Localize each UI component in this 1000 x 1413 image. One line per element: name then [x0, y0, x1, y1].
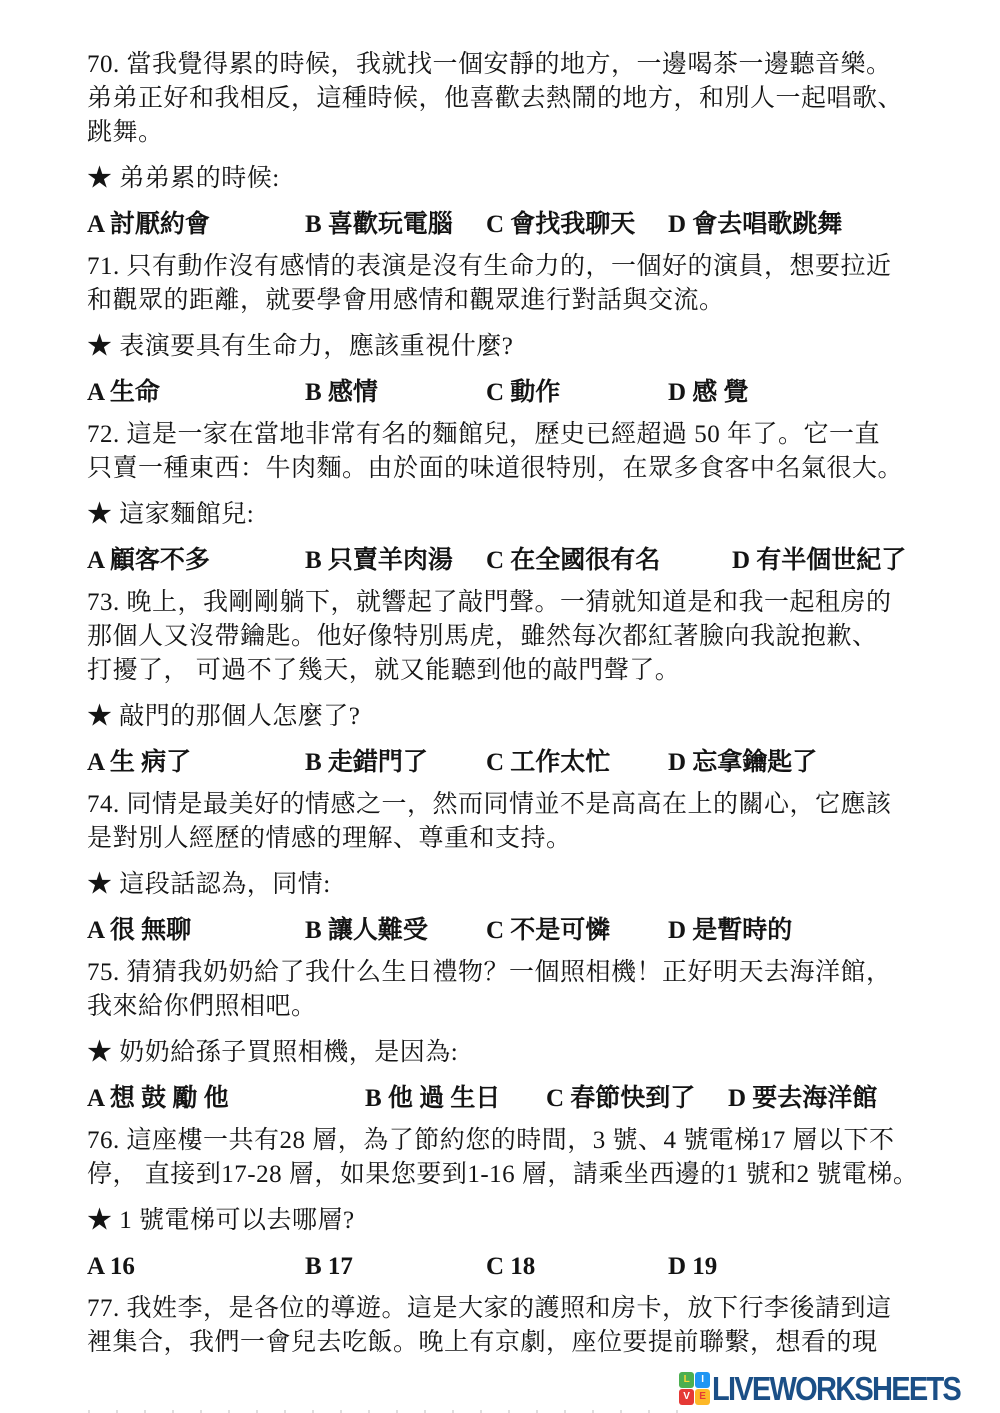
- option-c[interactable]: C 在全國很有名: [486, 544, 732, 578]
- logo-square-l: L: [679, 1372, 694, 1388]
- option-c[interactable]: C 工作太忙: [486, 746, 668, 780]
- option-d[interactable]: D 感 覺: [668, 376, 749, 410]
- question-text-line: 打擾了， 可過不了幾天，就又能聽到他的敲門聲了。: [87, 654, 961, 688]
- star-prompt: ★ 敲門的那個人怎麼了?: [87, 700, 961, 734]
- options-row: A 顧客不多 B 只賣羊肉湯 C 在全國很有名 D 有半個世紀了: [87, 544, 961, 578]
- liveworksheets-logo[interactable]: L I V E LIVEWORKSHEETS: [679, 1372, 994, 1405]
- option-d[interactable]: D 忘拿鑰匙了: [668, 746, 817, 780]
- option-c[interactable]: C 動作: [486, 376, 668, 410]
- question-text-line: 只賣一種東西：牛肉麵。由於面的味道很特別，在眾多食客中名氣很大。: [87, 452, 961, 486]
- question-text-line: 74. 同情是最美好的情感之一，然而同情並不是高高在上的關心，它應該: [87, 788, 961, 822]
- option-b[interactable]: B 讓人難受: [305, 914, 486, 948]
- option-b[interactable]: B 17: [305, 1250, 486, 1284]
- option-c[interactable]: C 不是可憐: [486, 914, 668, 948]
- star-prompt: ★ 弟弟累的時候:: [87, 162, 961, 196]
- logo-square-v: V: [679, 1389, 694, 1405]
- options-row: A 生命 B 感情 C 動作 D 感 覺: [87, 376, 961, 410]
- question-text-line: 跳舞。: [87, 116, 961, 150]
- question-text-line: 弟弟正好和我相反，這種時候，他喜歡去熱鬧的地方，和別人一起唱歌、: [87, 82, 961, 116]
- star-prompt: ★ 這家麵館兒:: [87, 498, 961, 532]
- question-text-line: 那個人又沒帶鑰匙。他好像特別馬虎，雖然每次都紅著臉向我說抱歉、: [87, 620, 961, 654]
- question-text-line: 停， 直接到17-28 層，如果您要到1-16 層，請乘坐西邊的1 號和2 號電…: [87, 1158, 961, 1192]
- option-a[interactable]: A 想 鼓 勵 他: [87, 1082, 365, 1116]
- options-row: A 想 鼓 勵 他 B 他 過 生日 C 春節快到了 D 要去海洋館: [87, 1082, 961, 1116]
- worksheet-content: 70. 當我覺得累的時候，我就找一個安靜的地方，一邊喝茶一邊聽音樂。 弟弟正好和…: [87, 48, 961, 1368]
- option-b[interactable]: B 走錯門了: [305, 746, 486, 780]
- options-row: A 16 B 17 C 18 D 19: [87, 1250, 961, 1284]
- star-prompt: ★ 表演要具有生命力，應該重視什麼?: [87, 330, 961, 364]
- option-d[interactable]: D 是暫時的: [668, 914, 792, 948]
- option-c[interactable]: C 會找我聊天: [486, 208, 668, 242]
- liveworksheets-logo-icon: L I V E: [679, 1372, 710, 1405]
- question-text-line: 和觀眾的距離，就要學會用感情和觀眾進行對話與交流。: [87, 284, 961, 318]
- logo-square-i: I: [695, 1372, 710, 1388]
- option-a[interactable]: A 很 無聊: [87, 914, 305, 948]
- option-b[interactable]: B 感情: [305, 376, 486, 410]
- option-c[interactable]: C 18: [486, 1250, 668, 1284]
- option-a[interactable]: A 顧客不多: [87, 544, 305, 578]
- question-77: 77. 我姓李，是各位的導遊。這是大家的護照和房卡，放下行李後請到這 裡集合，我…: [87, 1292, 961, 1360]
- star-prompt: ★ 奶奶給孫子買照相機，是因為:: [87, 1036, 961, 1070]
- question-text-line: 72. 這是一家在當地非常有名的麵館兒，歷史已經超過 50 年了。它一直: [87, 418, 961, 452]
- worksheet-page: 70. 當我覺得累的時候，我就找一個安靜的地方，一邊喝茶一邊聽音樂。 弟弟正好和…: [0, 0, 1000, 1413]
- star-prompt: ★ 這段話認為，同情:: [87, 868, 961, 902]
- question-74: 74. 同情是最美好的情感之一，然而同情並不是高高在上的關心，它應該 是對別人經…: [87, 788, 961, 948]
- question-text-line: 75. 猜猜我奶奶給了我什么生日禮物？一個照相機！正好明天去海洋館，: [87, 956, 961, 990]
- option-d[interactable]: D 要去海洋館: [728, 1082, 877, 1116]
- question-76: 76. 這座樓一共有28 層，為了節約您的時間，3 號、4 號電梯17 層以下不…: [87, 1124, 961, 1284]
- option-c[interactable]: C 春節快到了: [546, 1082, 728, 1116]
- question-72: 72. 這是一家在當地非常有名的麵館兒，歷史已經超過 50 年了。它一直 只賣一…: [87, 418, 961, 578]
- question-text-line: 裡集合，我們一會兒去吃飯。晚上有京劇，座位要提前聯繫，想看的現: [87, 1326, 961, 1360]
- option-d[interactable]: D 有半個世紀了: [732, 544, 906, 578]
- question-text-line: 70. 當我覺得累的時候，我就找一個安靜的地方，一邊喝茶一邊聽音樂。: [87, 48, 961, 82]
- question-text-line: 我來給你們照相吧。: [87, 990, 961, 1024]
- option-a[interactable]: A 生 病了: [87, 746, 305, 780]
- question-75: 75. 猜猜我奶奶給了我什么生日禮物？一個照相機！正好明天去海洋館， 我來給你們…: [87, 956, 961, 1116]
- options-row: A 很 無聊 B 讓人難受 C 不是可憐 D 是暫時的: [87, 914, 961, 948]
- options-row: A 生 病了 B 走錯門了 C 工作太忙 D 忘拿鑰匙了: [87, 746, 961, 780]
- question-70: 70. 當我覺得累的時候，我就找一個安靜的地方，一邊喝茶一邊聽音樂。 弟弟正好和…: [87, 48, 961, 242]
- option-a[interactable]: A 生命: [87, 376, 305, 410]
- option-b[interactable]: B 只賣羊肉湯: [305, 544, 486, 578]
- question-text-line: 77. 我姓李，是各位的導遊。這是大家的護照和房卡，放下行李後請到這: [87, 1292, 961, 1326]
- question-text-line: 71. 只有動作沒有感情的表演是沒有生命力的，一個好的演員，想要拉近: [87, 250, 961, 284]
- options-row: A 討厭約會 B 喜歡玩電腦 C 會找我聊天 D 會去唱歌跳舞: [87, 208, 961, 242]
- option-a[interactable]: A 16: [87, 1250, 305, 1284]
- option-b[interactable]: B 他 過 生日: [365, 1082, 546, 1116]
- option-a[interactable]: A 討厭約會: [87, 208, 305, 242]
- logo-square-e: E: [695, 1389, 710, 1405]
- brand-text: LIVEWORKSHEETS: [712, 1372, 960, 1405]
- question-text-line: 是對別人經歷的情感的理解、尊重和支持。: [87, 822, 961, 856]
- question-text-line: 76. 這座樓一共有28 層，為了節約您的時間，3 號、4 號電梯17 層以下不: [87, 1124, 961, 1158]
- option-b[interactable]: B 喜歡玩電腦: [305, 208, 486, 242]
- star-prompt: ★ 1 號電梯可以去哪層?: [87, 1204, 961, 1238]
- question-73: 73. 晚上，我剛剛躺下，就響起了敲門聲。一猜就知道是和我一起租房的 那個人又沒…: [87, 586, 961, 780]
- option-d[interactable]: D 會去唱歌跳舞: [668, 208, 842, 242]
- question-text-line: 73. 晚上，我剛剛躺下，就響起了敲門聲。一猜就知道是和我一起租房的: [87, 586, 961, 620]
- option-d[interactable]: D 19: [668, 1250, 717, 1284]
- question-71: 71. 只有動作沒有感情的表演是沒有生命力的，一個好的演員，想要拉近 和觀眾的距…: [87, 250, 961, 410]
